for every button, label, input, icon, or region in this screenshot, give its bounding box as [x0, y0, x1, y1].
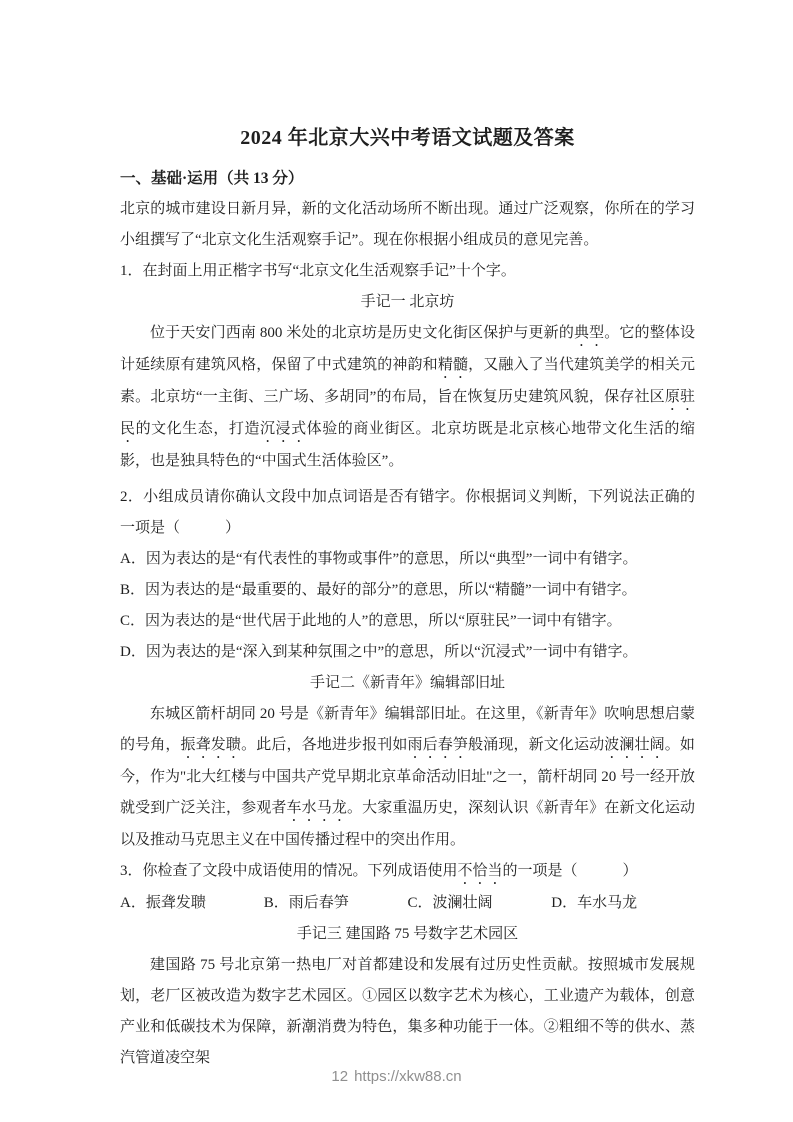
- note-title-2: 手记二《新青年》编辑部旧址: [120, 668, 695, 699]
- text-run: D．因为表达的是“深入到某种氛围之中”的意思，所以“沉浸式”一词中有错字。: [120, 644, 637, 660]
- question-3-options: A．振聋发聩B．雨后春笋C．波澜壮阔D．车水马龙: [120, 888, 695, 919]
- section-heading: 一、基础·运用（共 13 分）: [120, 163, 695, 194]
- text-run: 位于天安门西南 800 米处的北京坊是历史文化街区保护与更新的: [150, 325, 574, 341]
- question-1: 1．在封面上用正楷字书写“北京文化生活观察手记”十个字。: [120, 256, 695, 287]
- text-run: 的一项是（ ）: [503, 863, 638, 879]
- text-run: 手记三 建国路 75 号数字艺术园区: [297, 926, 518, 942]
- emphasized-term: 沉浸式: [260, 421, 307, 437]
- text-run: 般涌现，新文化运动: [468, 737, 604, 753]
- question-3-stem: 3．你检查了文段中成语使用的情况。下列成语使用不恰当的一项是（ ）: [120, 856, 695, 888]
- emphasized-term: 车水马龙: [286, 800, 347, 816]
- passage-3: 建国路 75 号北京第一热电厂对首都建设和发展有过历史性贡献。按照城市发展规划，…: [120, 950, 695, 1074]
- emphasized-term: 精髓: [438, 357, 468, 373]
- question-2-option-b: B．因为表达的是“最重要的、最好的部分”的意思，所以“精髓”一词中有错字。: [120, 575, 695, 606]
- question-2-option-d: D．因为表达的是“深入到某种氛围之中”的意思，所以“沉浸式”一词中有错字。: [120, 637, 695, 668]
- exam-page: 2024 年北京大兴中考语文试题及答案 一、基础·运用（共 13 分）北京的城市…: [0, 0, 793, 1122]
- document-body: 一、基础·运用（共 13 分）北京的城市建设日新月异，新的文化活动场所不断出现。…: [120, 163, 695, 1074]
- text-run: 的文化生态，打造: [136, 421, 260, 437]
- text-run: 一、基础·运用（共 13 分）: [120, 170, 303, 187]
- text-run: A．因为表达的是“有代表性的事物或事件”的意思，所以“典型”一词中有错字。: [120, 551, 637, 567]
- question-2-option-a: A．因为表达的是“有代表性的事物或事件”的意思，所以“典型”一词中有错字。: [120, 544, 695, 575]
- text-run: 2．小组成员请你确认文段中加点词语是否有错字。你根据词义判断，下列说法正确的一项…: [120, 489, 695, 536]
- footer-page-number: 12: [331, 1068, 348, 1085]
- page-footer: 12https://xkw88.cn: [0, 1066, 793, 1088]
- option-item: B．雨后春笋: [264, 888, 408, 919]
- text-run: 。此后，各地进步报刊如: [241, 737, 407, 753]
- text-run: 北京的城市建设日新月异，新的文化活动场所不断出现。通过广泛观察，你所在的学习小组…: [120, 201, 695, 248]
- page-title: 2024 年北京大兴中考语文试题及答案: [120, 125, 695, 151]
- emphasized-term: 振聋发聩: [181, 737, 242, 753]
- text-run: B．因为表达的是“最重要的、最好的部分”的意思，所以“精髓”一词中有错字。: [120, 582, 637, 598]
- emphasized-term: 典型: [574, 325, 604, 341]
- text-run: 手记二《新青年》编辑部旧址: [310, 675, 505, 691]
- intro-paragraph: 北京的城市建设日新月异，新的文化活动场所不断出现。通过广泛观察，你所在的学习小组…: [120, 194, 695, 256]
- passage-2: 东城区箭杆胡同 20 号是《新青年》编辑部旧址。在这里，《新青年》吹响思想启蒙的…: [120, 699, 695, 856]
- question-2-stem: 2．小组成员请你确认文段中加点词语是否有错字。你根据词义判断，下列说法正确的一项…: [120, 482, 695, 544]
- emphasized-term: 波澜壮阔: [604, 737, 665, 753]
- text-run: 建国路 75 号北京第一热电厂对首都建设和发展有过历史性贡献。按照城市发展规划，…: [120, 957, 695, 1066]
- option-item: A．振聋发聩: [120, 888, 264, 919]
- note-title-1: 手记一 北京坊: [120, 287, 695, 318]
- emphasized-term: 雨后春笋: [408, 737, 469, 753]
- text-run: 3．你检查了文段中成语使用的情况。下列成语使用: [120, 863, 458, 879]
- question-2-option-c: C．因为表达的是“世代居于此地的人”的意思，所以“原驻民”一词中有错字。: [120, 606, 695, 637]
- text-run: 手记一 北京坊: [361, 294, 455, 310]
- text-run: C．因为表达的是“世代居于此地的人”的意思，所以“原驻民”一词中有错字。: [120, 613, 622, 629]
- option-item: C．波澜壮阔: [408, 888, 552, 919]
- text-run: 1．在封面上用正楷字书写“北京文化生活观察手记”十个字。: [120, 263, 516, 279]
- emphasized-term: 不恰当: [458, 863, 503, 879]
- option-item: D．车水马龙: [551, 888, 695, 919]
- passage-1: 位于天安门西南 800 米处的北京坊是历史文化街区保护与更新的典型。它的整体设计…: [120, 318, 695, 477]
- note-title-3: 手记三 建国路 75 号数字艺术园区: [120, 919, 695, 950]
- footer-site-link[interactable]: https://xkw88.cn: [354, 1068, 462, 1085]
